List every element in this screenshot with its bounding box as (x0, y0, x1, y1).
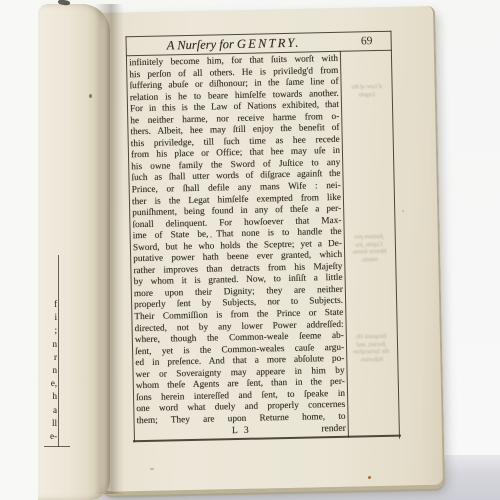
frame-rule-outer-right (390, 31, 400, 439)
foxing-speck (368, 476, 371, 479)
foxing-speck (305, 127, 307, 129)
verso-fragment: h (40, 390, 57, 403)
verso-fragment: a (40, 404, 57, 417)
bleedthrough-line: nitatis. (346, 256, 392, 265)
bleedthrough-note: d Law of the Legats (344, 83, 390, 99)
verso-fragment: n (40, 364, 57, 377)
bleedthrough-line: hiſtorian. (348, 356, 394, 365)
bleedthrough-note: ſtatuum pro Capite, ſeu Merere Imma- nit… (346, 233, 393, 264)
foxing-speck (210, 236, 212, 238)
bleedthrough-note: Tarquinii Hi- ſtorian, and the Syracuſia… (348, 333, 395, 364)
book-photo: A Nurſery for GENTRY. 69 infinitely beco… (0, 0, 500, 500)
running-header-title: A Nurſery for GENTRY. (126, 34, 342, 54)
background-strip (0, 0, 40, 500)
verso-fragment: f (40, 298, 57, 311)
bleedthrough-line: Legats (344, 90, 390, 99)
verso-fragment: n (40, 338, 57, 351)
verso-text-fragments: f i ; n r n e, h a ll e- (40, 298, 57, 443)
verso-fragment: r (40, 351, 57, 364)
page-number: 69 (342, 35, 392, 48)
catchword: render (321, 423, 346, 435)
foxing-speck (402, 210, 404, 212)
verso-fragment: ; (40, 324, 57, 337)
verso-frame-rule-bottom (44, 446, 70, 447)
running-header-title-text: A Nurſery for (167, 36, 238, 51)
book-page-recto: A Nurſery for GENTRY. 69 infinitely beco… (91, 6, 445, 494)
body-text: infinitely become him, for that ſuits wo… (129, 54, 346, 428)
verso-fragment: e- (40, 430, 57, 443)
running-header-title-caps: GENTRY. (237, 35, 301, 50)
verso-fragment: e, (40, 377, 57, 390)
foxing-speck (150, 468, 154, 470)
verso-frame-rule (58, 255, 59, 447)
verso-fragment: i (40, 311, 57, 324)
verso-fragment: ll (40, 417, 57, 430)
foxing-speck (89, 94, 92, 98)
